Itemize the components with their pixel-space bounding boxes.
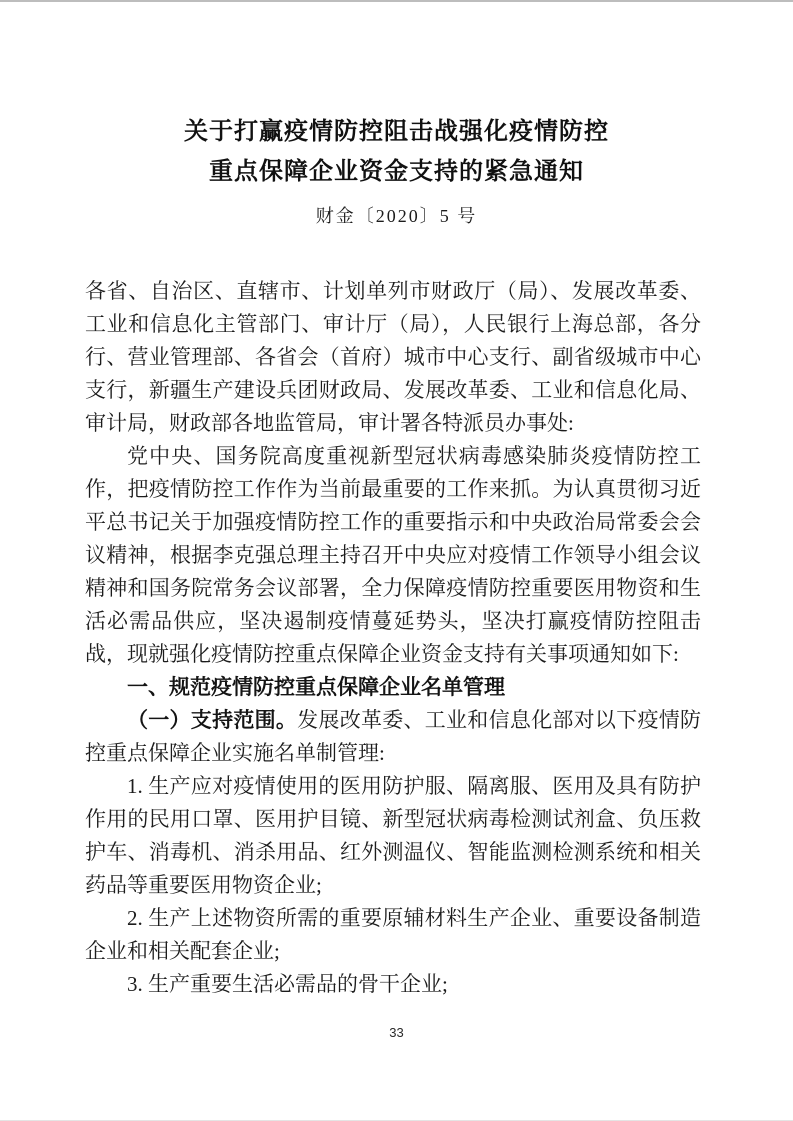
document-title: 关于打赢疫情防控阻击战强化疫情防控 重点保障企业资金支持的紧急通知 — [0, 2, 793, 192]
list-item-2: 2. 生产上述物资所需的重要原辅材料生产企业、重要设备制造企业和相关配套企业; — [85, 902, 701, 968]
page-number: 33 — [0, 1025, 793, 1040]
list-item-3: 3. 生产重要生活必需品的骨干企业; — [85, 968, 701, 1001]
section-1-heading: 一、规范疫情防控重点保障企业名单管理 — [85, 671, 701, 704]
addressees-paragraph: 各省、自治区、直辖市、计划单列市财政厅（局）、发展改革委、工业和信息化主管部门、… — [85, 275, 701, 440]
intro-paragraph: 党中央、国务院高度重视新型冠状病毒感染肺炎疫情防控工作，把疫情防控工作作为当前最… — [85, 440, 701, 671]
list-item-1: 1. 生产应对疫情使用的医用防护服、隔离服、医用及具有防护作用的民用口罩、医用护… — [85, 770, 701, 902]
title-line-2: 重点保障企业资金支持的紧急通知 — [0, 152, 793, 192]
support-scope-paragraph: （一）支持范围。发展改革委、工业和信息化部对以下疫情防控重点保障企业实施名单制管… — [85, 704, 701, 770]
document-number: 财金〔2020〕5 号 — [0, 202, 793, 228]
document-body: 各省、自治区、直辖市、计划单列市财政厅（局）、发展改革委、工业和信息化主管部门、… — [85, 275, 701, 1001]
support-scope-lead: （一）支持范围。 — [127, 708, 297, 732]
title-line-1: 关于打赢疫情防控阻击战强化疫情防控 — [0, 112, 793, 152]
document-page: 关于打赢疫情防控阻击战强化疫情防控 重点保障企业资金支持的紧急通知 财金〔202… — [0, 0, 793, 1121]
